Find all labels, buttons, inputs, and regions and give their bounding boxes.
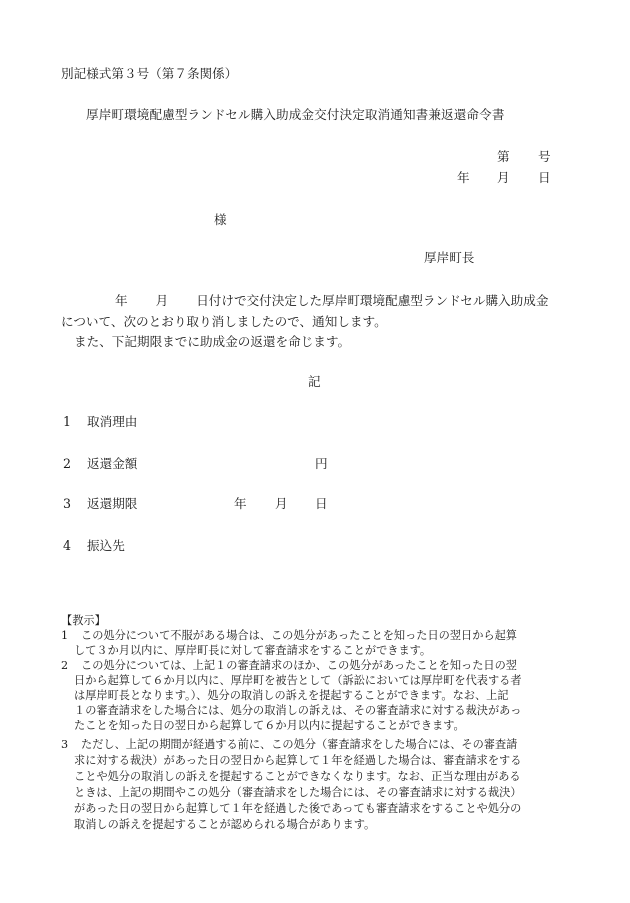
form-label: 別記様式第３号（第７条関係） [61, 66, 237, 82]
issue-date-day: 日 [538, 170, 551, 186]
notice-line: 日から起算して６か月以内に、厚岸町を被告として（訴訟においては厚岸町を代表する者 [74, 674, 522, 689]
refund-amount-unit: 円 [315, 456, 328, 472]
body-line-1: 年月日付けで交付決定した厚岸町環境配慮型ランドセル購入助成金 [61, 293, 548, 309]
item-number: 1 [63, 414, 87, 430]
body-line-3: また、下記期限までに助成金の返還を命じます。 [74, 334, 350, 350]
notice-line: たことを知った日の翌日から起算して６か月以内に提起することができます。 [74, 719, 465, 734]
issuer-name: 厚岸町長 [424, 250, 474, 266]
notice-line: 取消しの訴えを提起することが認められる場合があります。 [74, 818, 375, 833]
notice-line: があった日の翌日から起算して１年を経過した後であっても審査請求をすることや処分の [74, 802, 521, 817]
deadline-day: 日 [315, 496, 328, 512]
notice-heading: 【教示】 [61, 614, 106, 629]
item-number: 2 [63, 456, 87, 472]
notice-line: 1この処分について不服がある場合は、この処分があったことを知った日の翌日から起算 [61, 629, 517, 644]
body-decision-year: 年 [115, 293, 128, 308]
notice-line: １の審査請求をした場合には、処分の取消しの訴えは、その審査請求に対する裁決があっ [74, 704, 521, 719]
issue-date-year: 年 [457, 170, 470, 186]
notice-line: 3ただし、上記の期間が経過する前に、この処分（審査請求をした場合には、その審査請 [61, 738, 517, 753]
notice-line: 2この処分については、上記１の審査請求のほか、この処分があったことを知った日の翌 [61, 659, 517, 674]
item-transfer-destination: 4振込先 [63, 538, 125, 554]
item-label: 取消理由 [87, 414, 137, 429]
notice-line: は厚岸町長となります。）、処分の取消しの訴えを提起することができます。なお、上記 [74, 689, 509, 704]
notice-line: 求に対する裁決）があった日の翌日から起算して１年を経過した場合は、審査請求をする [74, 754, 521, 769]
ki-heading: 記 [308, 374, 321, 390]
issue-date-month: 月 [497, 170, 510, 186]
notice-line: して３か月以内に、厚岸町長に対して審査請求をすることができます。 [74, 644, 431, 659]
addressee-honorific: 様 [214, 212, 227, 228]
item-cancellation-reason: 1取消理由 [63, 414, 137, 430]
document-number-suffix: 号 [538, 149, 551, 165]
item-number: 4 [63, 538, 87, 554]
item-label: 返還金額 [87, 456, 137, 471]
body-line-1-text: 日付けで交付決定した厚岸町環境配慮型ランドセル購入助成金 [196, 293, 548, 308]
item-refund-amount: 2返還金額 [63, 456, 137, 472]
body-line-2: について、次のとおり取り消しましたので、通知します。 [61, 314, 387, 330]
notice-line: ときは、上記の期間やこの処分（審査請求をした場合には、その審査請求に対する裁決） [74, 786, 522, 801]
item-refund-deadline: 3返還期限 [63, 496, 137, 512]
item-label: 振込先 [87, 538, 125, 553]
deadline-year: 年 [234, 496, 247, 512]
document-number-prefix: 第 [497, 149, 510, 165]
body-decision-month: 月 [156, 293, 169, 308]
document-title: 厚岸町環境配慮型ランドセル購入助成金交付決定取消通知書兼返還命令書 [86, 107, 505, 123]
deadline-month: 月 [275, 496, 288, 512]
item-number: 3 [63, 496, 87, 512]
notice-line: ことや処分の取消しの訴えを提起することができなくなります。なお、正当な理由がある [74, 770, 521, 785]
item-label: 返還期限 [87, 496, 137, 511]
